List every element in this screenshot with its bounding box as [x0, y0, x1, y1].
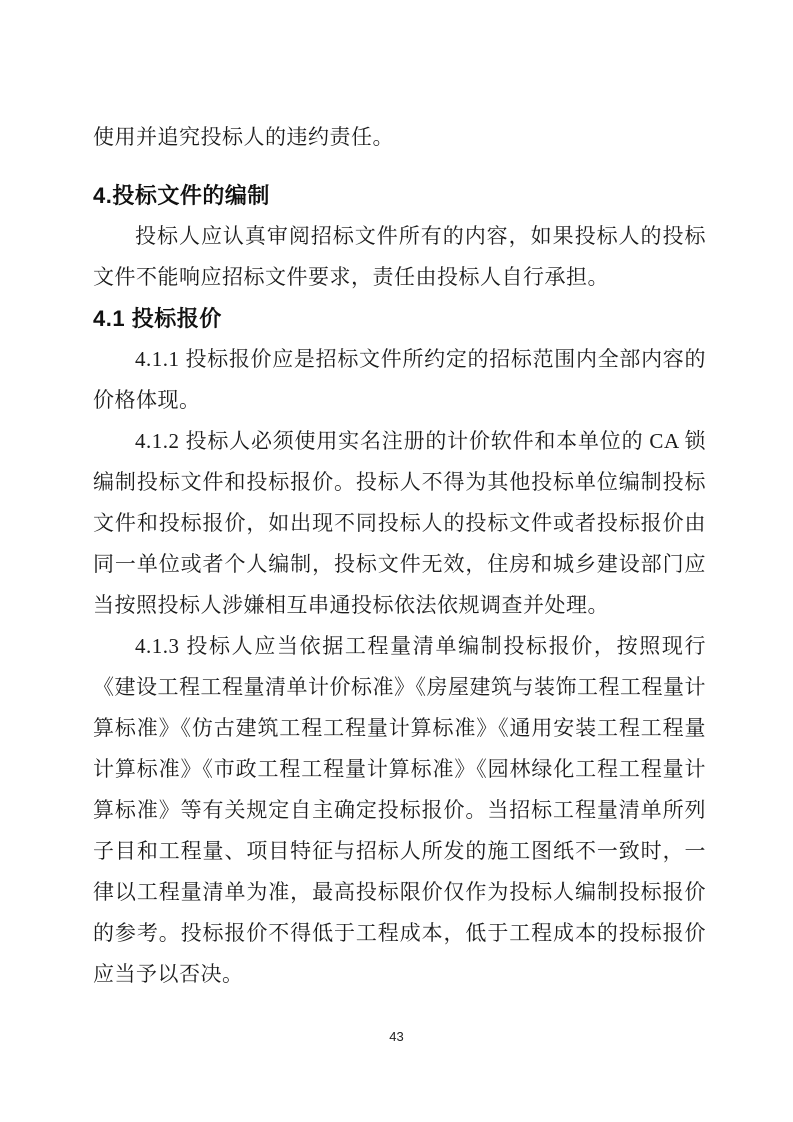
paragraph-section-4-intro: 投标人应认真审阅招标文件所有的内容，如果投标人的投标文件不能响应招标文件要求，责… — [93, 216, 706, 298]
paragraph-4-1-1: 4.1.1 投标报价应是招标文件所约定的招标范围内全部内容的价格体现。 — [93, 339, 706, 421]
paragraph-continuation: 使用并追究投标人的违约责任。 — [93, 117, 706, 158]
document-page: 使用并追究投标人的违约责任。 4.投标文件的编制 投标人应认真审阅招标文件所有的… — [0, 0, 793, 1122]
paragraph-4-1-2: 4.1.2 投标人必须使用实名注册的计价软件和本单位的 CA 锁编制投标文件和投… — [93, 421, 706, 626]
page-number: 43 — [0, 1029, 793, 1044]
heading-section-4-1: 4.1 投标报价 — [93, 298, 706, 339]
document-body: 使用并追究投标人的违约责任。 4.投标文件的编制 投标人应认真审阅招标文件所有的… — [93, 117, 706, 995]
heading-section-4: 4.投标文件的编制 — [93, 175, 706, 216]
paragraph-4-1-3: 4.1.3 投标人应当依据工程量清单编制投标报价，按照现行《建设工程工程量清单计… — [93, 626, 706, 995]
